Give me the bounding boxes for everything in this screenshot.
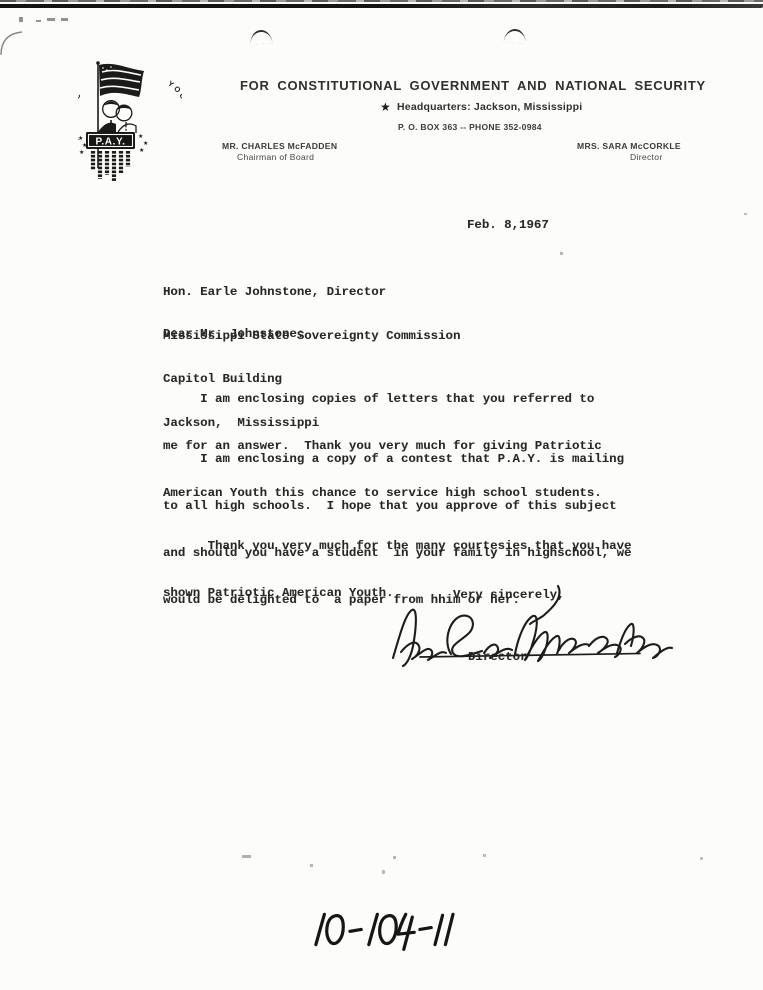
scan-speck	[393, 856, 396, 859]
salutation: Dear Mr. Johnstone:	[163, 327, 304, 343]
scan-speck	[382, 870, 385, 874]
officer-right-title: Director	[630, 152, 662, 162]
scan-mark	[36, 20, 41, 22]
letter-date: Feb. 8,1967	[467, 218, 549, 234]
scan-speck	[700, 857, 703, 860]
scan-mark	[47, 18, 55, 21]
letterhead-pobox-phone: P. O. BOX 363 -- PHONE 352-0984	[398, 122, 542, 132]
star-icon: ★	[139, 147, 144, 154]
pay-acronym-text: P.A.Y.	[95, 137, 125, 148]
recipient-line: Hon. Earle Johnstone, Director	[163, 285, 460, 300]
letterhead-headquarters: Headquarters: Jackson, Mississippi	[397, 101, 582, 113]
svg-text:YOUTH: YOUTH	[166, 79, 182, 117]
youth-figures-icon	[98, 101, 136, 133]
scan-arc-mark	[504, 28, 527, 43]
officer-left-name: MR. CHARLES McFADDEN	[222, 141, 337, 151]
scan-speck	[560, 252, 563, 255]
star-icon: ★	[143, 140, 148, 147]
scan-mark	[19, 17, 23, 22]
logo-arc-text-youth: YOUTH	[166, 79, 182, 117]
file-number-handwriting	[308, 903, 458, 955]
scan-arc-mark	[250, 29, 273, 45]
body-line: I am enclosing copies of letters that yo…	[163, 392, 602, 408]
scan-mark	[61, 18, 68, 21]
pay-logo: PATRIOTIC YOUTH ★ ★ ★ ★ ★ ★ P.A.Y.	[78, 60, 182, 185]
scan-top-border	[0, 4, 763, 8]
letterhead-organization: FOR CONSTITUTIONAL GOVERNMENT AND NATION…	[240, 78, 706, 93]
scan-corner-curve	[0, 8, 40, 58]
body-line: I am enclosing a copy of a contest that …	[163, 452, 631, 468]
star-icon: ★	[79, 149, 84, 156]
officer-left-title: Chairman of Board	[237, 152, 314, 162]
scan-top-speckle-line	[0, 0, 763, 2]
star-icon: ★	[78, 135, 83, 142]
scan-speck	[744, 213, 747, 215]
scan-speck	[310, 864, 313, 867]
signer-title: Director	[468, 650, 528, 666]
star-icon: ★	[138, 133, 143, 140]
signature-handwriting	[385, 580, 675, 672]
scan-speck	[242, 855, 251, 858]
body-line: Thank you very much for the many courtes…	[163, 539, 631, 555]
scanned-letter-page: PATRIOTIC YOUTH ★ ★ ★ ★ ★ ★ P.A.Y. FOR C…	[0, 0, 763, 990]
american-flag-icon	[99, 64, 144, 97]
scan-speck	[483, 854, 486, 857]
officer-right-name: MRS. SARA McCORKLE	[577, 141, 681, 151]
star-icon: ★	[380, 100, 391, 114]
pay-acronym-box: P.A.Y.	[86, 132, 135, 149]
